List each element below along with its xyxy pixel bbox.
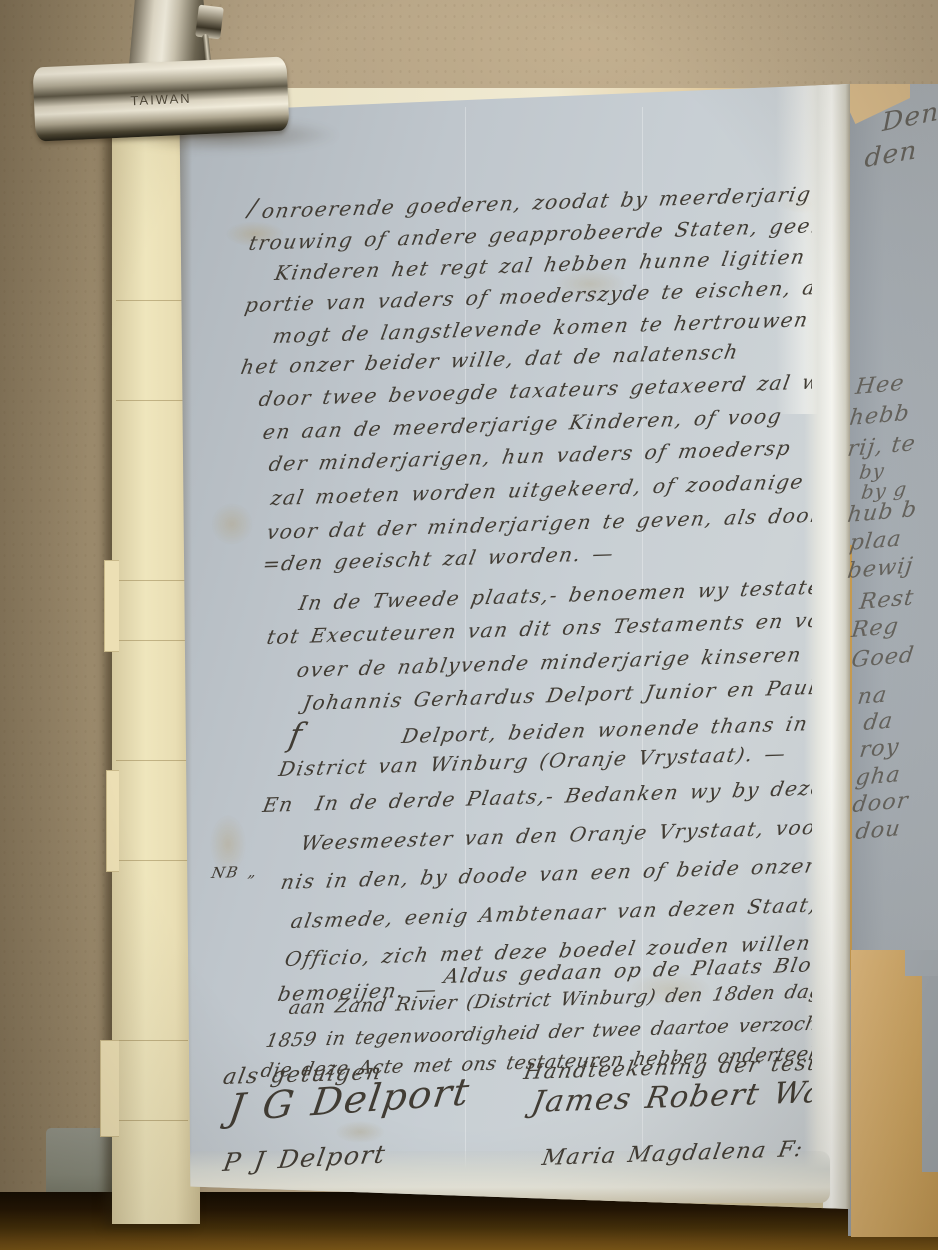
rp-hw: da: [862, 709, 895, 736]
hw: /: [246, 194, 261, 222]
hw: over de nablyvende minderjarige kinseren…: [295, 640, 812, 682]
testament-handwriting: /onroerende goederen, zoodat by meerderj…: [0, 0, 812, 1250]
hw: En In de derde Plaats,- Bedanken wy by d…: [261, 775, 812, 817]
witness-signature-2: P J Delport: [221, 1140, 388, 1177]
rp-hw: Reg: [850, 614, 900, 643]
rp-hw: na: [856, 683, 889, 710]
clip-jaw: TAIWAN: [33, 56, 290, 141]
rp-hw: Den: [882, 97, 938, 138]
rp-hw: Rest: [858, 585, 916, 615]
hw: tot Executeuren van dit ons Testaments e…: [265, 608, 812, 649]
rp-hw: roy: [858, 735, 901, 763]
rp-hw: Hee: [854, 371, 906, 400]
rp-hw: Goed: [850, 643, 916, 673]
rp-hw: hub b: [846, 497, 919, 528]
rp-hw: den: [864, 135, 918, 174]
rp-hw: door: [851, 788, 910, 818]
rp-hw: hebb: [848, 401, 911, 431]
rp-hw: bewij: [846, 553, 915, 584]
hw: District van Winburg (Oranje Vrystaat). …: [277, 741, 789, 781]
testator-signature-2: Maria Magdalena F: Wallis: [540, 1134, 812, 1171]
rp-hw: plaa: [848, 527, 903, 556]
rp-hw: rij, te: [846, 431, 917, 462]
hw: alsmede, eenig Ambtenaar van dezen Staat…: [289, 889, 812, 933]
clip-brand-engraving: TAIWAN: [130, 90, 192, 108]
hw: In de Tweede plaats,- benoemen wy testat…: [297, 573, 812, 615]
rp-hw: gha: [854, 762, 902, 791]
rp-hw: dou: [854, 816, 902, 845]
hw: nis in den, by doode van een of beide on…: [279, 851, 812, 894]
hw: f: [286, 716, 306, 754]
margin-note: NB „: [210, 863, 259, 882]
hw: zal moeten worden uitgekeerd, of zoodani…: [269, 469, 812, 510]
clip-hinge-pin: [195, 5, 224, 40]
hw: Johannis Gerhardus Delport Junior en Pau…: [301, 675, 812, 715]
hw: Weesmeester van den Oranje Vrystaat, voo…: [299, 811, 812, 855]
archival-photo-scene: DendenHeehebbrij, tebyby ghub bplaabewij…: [0, 0, 938, 1250]
hw: =den geeischt zal worden. —: [261, 541, 616, 576]
hw: der minderjarigen, hun vaders of moeders…: [267, 436, 793, 476]
